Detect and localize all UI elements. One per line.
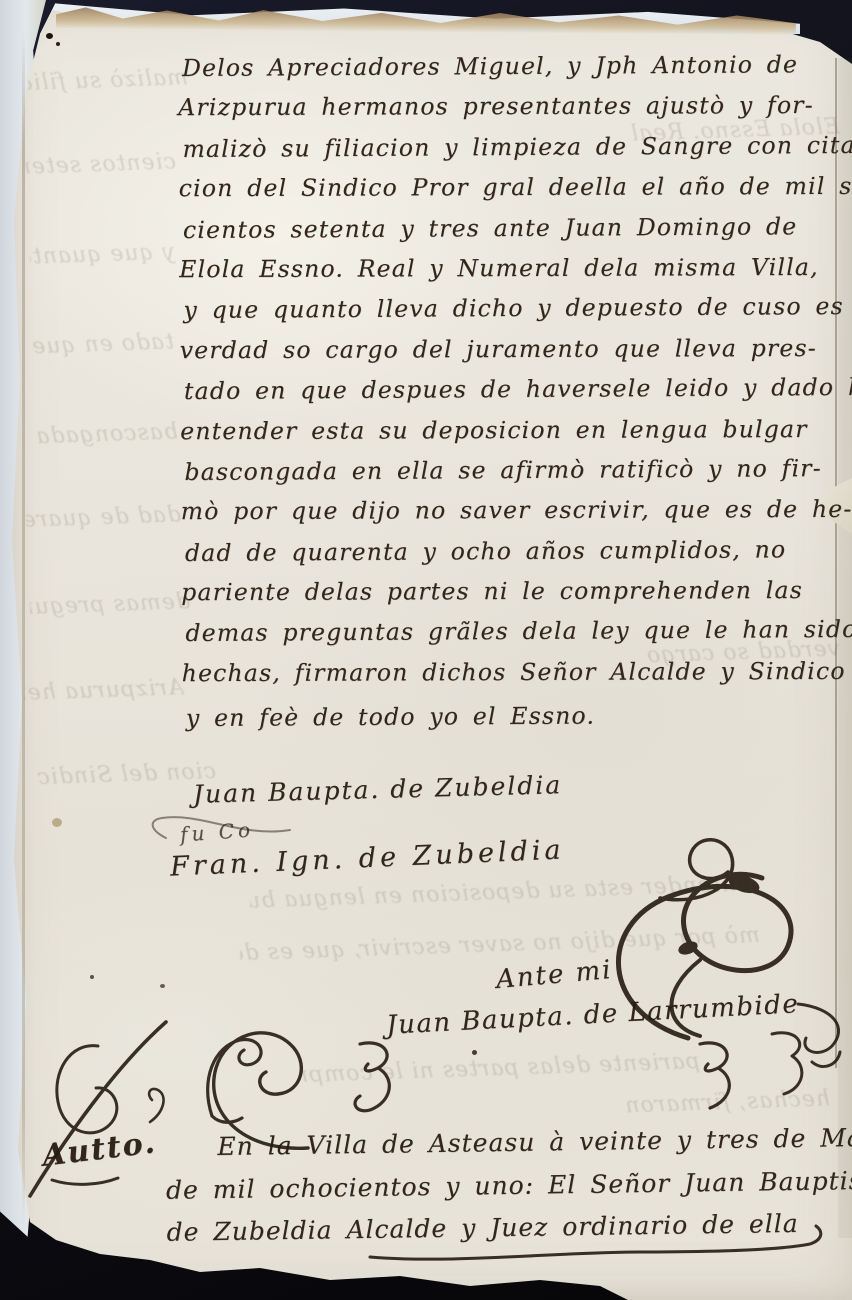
body-line: mò por que dijo no saver escrivir, que e… [181,489,841,532]
left-crease [22,30,25,1230]
signature-prefix-faint: fu Co [179,817,254,846]
body-line: cion del Sindico Pror gral deella el año… [179,166,839,209]
body-line: bascongada en ella se afirmò ratificò y … [184,448,844,492]
auto-paragraph: En la Villa de Asteasu à veinte y tres d… [165,1117,847,1254]
body-line: y que quanto lleva dicho y depuesto de c… [183,286,843,330]
ink-blot [90,975,94,979]
body-line: malizò su filiacion y limpieza de Sangre… [182,125,842,169]
bleedthrough-text: bascongada en ella se afirmò ratificò y … [28,419,179,449]
bleedthrough-text: tado en que despues de haversele leido y… [24,329,175,359]
body-text-block: Delos Apreciadores Miguel, y Jph Antonio… [182,44,846,739]
stain-spot [52,818,62,827]
ink-blot [160,984,165,988]
body-line: entender esta su deposicion en lengua bu… [180,408,840,451]
body-line: hechas, firmaron dichos Señor Alcalde y … [182,651,842,694]
body-line: Delos Apreciadores Miguel, y Jph Antonio… [182,44,842,88]
body-line: cientos setenta y tres ante Juan Domingo… [183,206,843,250]
body-line: tado en que despues de haversele leido y… [184,367,844,411]
body-line: verdad so cargo del juramento que lleva … [180,328,840,371]
body-line: dad de quarenta y ocho años cumplidos, n… [185,529,845,573]
body-line: y en feè de todo yo el Essno. [186,694,846,738]
body-line: demas preguntas grãles dela ley que le h… [185,609,845,653]
body-line: Elola Essno. Real y Numeral dela misma V… [179,247,839,290]
ink-blot [472,1050,477,1055]
ink-blot [46,33,53,39]
scanned-manuscript: malizò su filiacion y limpieza de Sangre… [0,0,852,1300]
body-line: Arizpurua hermanos presentantes ajustò y… [178,85,838,128]
bleedthrough-text: cientos setenta y tres ante Juan Domingo… [26,149,177,179]
body-line: pariente delas partes ni le comprehenden… [181,570,841,613]
bleedthrough-text: y que quanto lleva dicho y depuesto de c… [30,239,176,269]
ink-blot [56,42,60,46]
